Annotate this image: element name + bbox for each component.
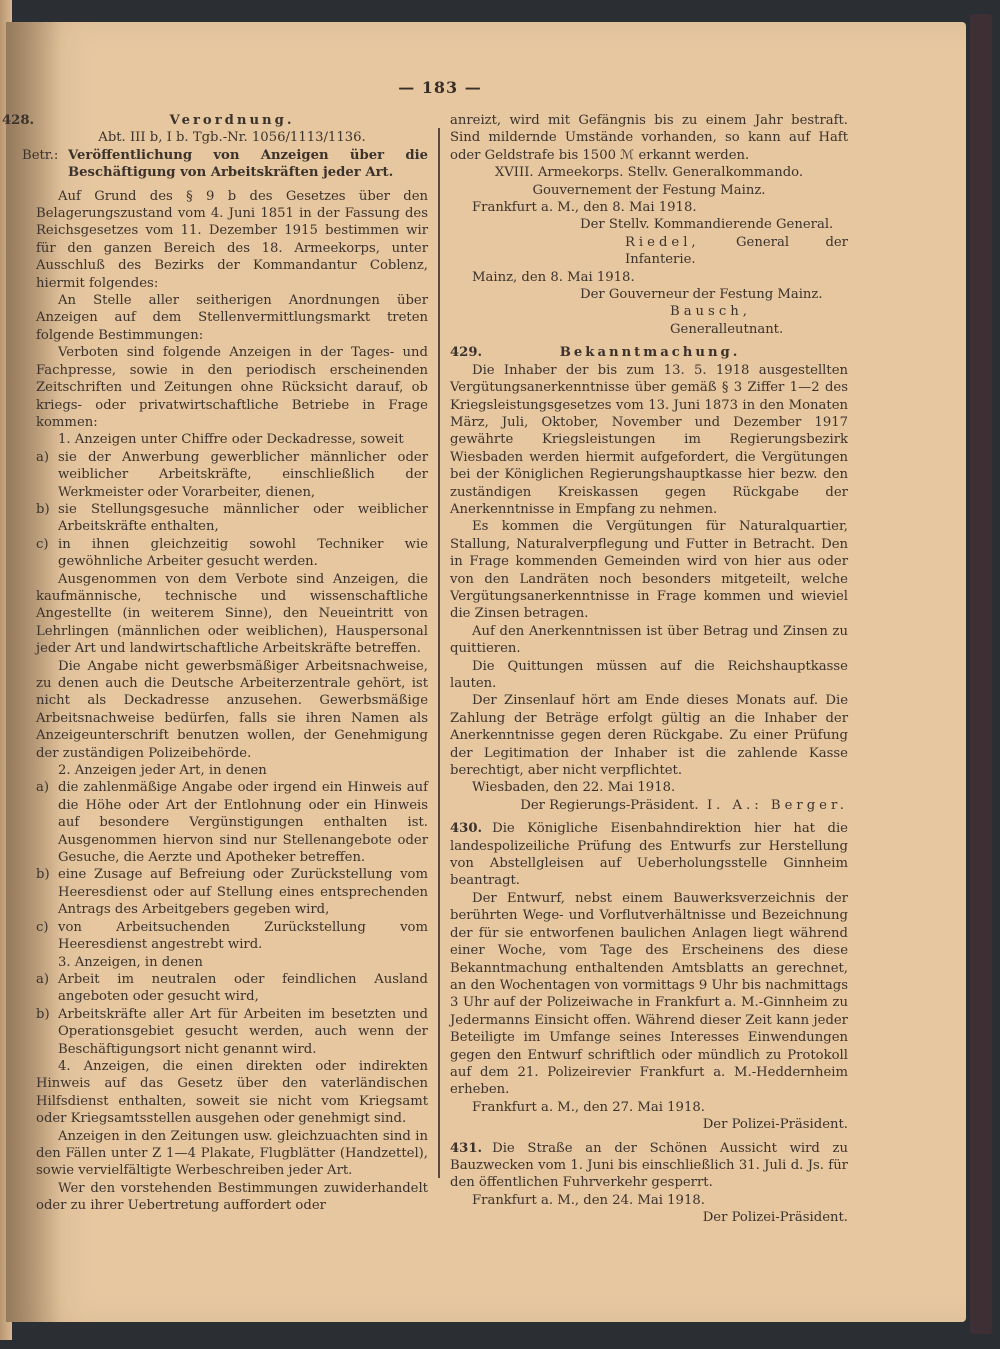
- list-item: 1. Anzeigen unter Chiffre oder Deckadres…: [36, 431, 428, 448]
- signer-line: Der Regierungs-Präsident. I. A.: Berger.: [450, 797, 848, 814]
- subitem-label: b): [36, 501, 50, 518]
- place-date: Mainz, den 8. Mai 1918.: [450, 269, 848, 286]
- subitem-text: eine Zusage auf Befreiung oder Zurückste…: [58, 866, 428, 918]
- page-number: — 183 —: [0, 78, 880, 97]
- list-item: 2. Anzeigen jeder Art, in denen: [36, 762, 428, 779]
- signer-name: Bausch,: [670, 304, 751, 319]
- subject-text: Veröffentlichung von Anzeigen über die B…: [58, 147, 428, 182]
- paragraph: Die Quittungen müssen auf die Reichshaup…: [450, 658, 848, 693]
- place-date: Wiesbaden, den 22. Mai 1918.: [450, 779, 848, 796]
- subitem-text: sie der Anwerbung gewerblicher männliche…: [58, 449, 428, 501]
- section-428-header: 428. Verordnung.: [36, 112, 428, 129]
- section-number: 431.: [450, 1141, 482, 1156]
- list-item: 4. Anzeigen, die einen direkten oder ind…: [36, 1058, 428, 1128]
- list-subitem: a)Arbeit im neutralen oder feindlichen A…: [36, 971, 428, 1006]
- signer-name: Riedel,: [625, 235, 700, 250]
- paragraph: An Stelle aller seitherigen Anordnungen …: [36, 292, 428, 344]
- paragraph: anreizt, wird mit Gefängnis bis zu einem…: [450, 112, 848, 164]
- section-431: 431.Die Straße an der Schönen Aussicht w…: [450, 1140, 848, 1192]
- subitem-text: Arbeit im neutralen oder feindlichen Aus…: [58, 971, 428, 1006]
- subitem-text: von Arbeitsuchenden Zurückstellung vom H…: [58, 919, 428, 954]
- signer-title: Der Gouverneur der Festung Mainz.: [450, 286, 848, 303]
- list-subitem: c)in ihnen gleichzeitig sowohl Techniker…: [36, 536, 428, 571]
- section-number: 429.: [450, 344, 482, 361]
- list-subitem: b)sie Stellungsgesuche männlicher oder w…: [36, 501, 428, 536]
- signer-title: Der Polizei-Präsident.: [450, 1116, 848, 1133]
- paragraph: Der Entwurf, nebst einem Bauwerksverzeic…: [450, 890, 848, 1099]
- place-date: Frankfurt a. M., den 8. Mai 1918.: [450, 199, 848, 216]
- reference-line: Abt. III b, I b. Tgb.-Nr. 1056/1113/1136…: [36, 129, 428, 146]
- list-subitem: a)sie der Anwerbung gewerblicher männlic…: [36, 449, 428, 501]
- section-number: 430.: [450, 821, 482, 836]
- subitem-text: sie Stellungsgesuche männlicher oder wei…: [58, 501, 428, 536]
- signer-line: Riedel, General der Infanterie.: [450, 234, 848, 269]
- paragraph: Die Königliche Eisenbahndirektion hier h…: [450, 821, 848, 888]
- list-subitem: a)die zahlenmäßige Angabe oder irgend ei…: [36, 779, 428, 866]
- paragraph: Der Zinsenlauf hört am Ende dieses Monat…: [450, 692, 848, 779]
- place-date: Frankfurt a. M., den 24. Mai 1918.: [450, 1192, 848, 1209]
- authority-line: XVIII. Armeekorps. Stellv. Generalkomman…: [450, 164, 848, 181]
- signer-title: Der Regierungs-Präsident.: [520, 798, 698, 813]
- list-item: 3. Anzeigen, in denen: [36, 954, 428, 971]
- signer-name: I. A.: Berger.: [707, 798, 848, 813]
- signer-title: Der Stellv. Kommandierende General.: [450, 216, 848, 233]
- column-divider: [438, 128, 440, 1178]
- place-date: Frankfurt a. M., den 27. Mai 1918.: [450, 1099, 848, 1116]
- paragraph: Anzeigen in den Zeitungen usw. gleichzua…: [36, 1128, 428, 1180]
- subitem-label: c): [36, 919, 49, 936]
- paragraph: Die Inhaber der bis zum 13. 5. 1918 ausg…: [450, 362, 848, 519]
- section-429-header: 429. Bekanntmachung.: [450, 344, 848, 361]
- book-cover-edge: [970, 14, 992, 1334]
- list-subitem: b)eine Zusage auf Befreiung oder Zurücks…: [36, 866, 428, 918]
- paragraph: Wer den vorstehenden Bestimmungen zuwide…: [36, 1180, 428, 1215]
- subject-label: Betr.:: [22, 147, 58, 164]
- paragraph: Verboten sind folgende Anzeigen in der T…: [36, 344, 428, 431]
- paragraph: Auf Grund des § 9 b des Gesetzes über de…: [36, 188, 428, 292]
- subject-block: Betr.: Veröffentlichung von Anzeigen übe…: [36, 147, 428, 182]
- left-column: 428. Verordnung. Abt. III b, I b. Tgb.-N…: [36, 112, 428, 1215]
- subitem-text: in ihnen gleichzeitig sowohl Techniker w…: [58, 536, 428, 571]
- subitem-text: Arbeitskräfte aller Art für Arbeiten im …: [58, 1006, 428, 1058]
- subitem-label: c): [36, 536, 49, 553]
- paragraph: Die Angabe nicht gewerbsmäßiger Arbeitsn…: [36, 658, 428, 762]
- section-430: 430.Die Königliche Eisenbahndirektion hi…: [450, 820, 848, 890]
- paragraph: Die Straße an der Schönen Aussicht wird …: [450, 1141, 848, 1191]
- subitem-label: b): [36, 1006, 50, 1023]
- subitem-label: a): [36, 779, 49, 796]
- section-heading: Verordnung.: [36, 112, 428, 129]
- section-heading: Bekanntmachung.: [492, 344, 848, 361]
- subitem-label: a): [36, 449, 49, 466]
- subitem-text: die zahlenmäßige Angabe oder irgend ein …: [58, 779, 428, 866]
- paragraph: Ausgenommen von dem Verbote sind Anzeige…: [36, 571, 428, 658]
- signer-rank: Generalleutnant.: [670, 322, 783, 337]
- right-column: anreizt, wird mit Gefängnis bis zu einem…: [450, 112, 848, 1227]
- paragraph: Auf den Anerkenntnissen ist über Betrag …: [450, 623, 848, 658]
- list-subitem: c)von Arbeitsuchenden Zurückstellung vom…: [36, 919, 428, 954]
- authority-line: Gouvernement der Festung Mainz.: [450, 182, 848, 199]
- subitem-label: b): [36, 866, 50, 883]
- subitem-label: a): [36, 971, 49, 988]
- list-subitem: b)Arbeitskräfte aller Art für Arbeiten i…: [36, 1006, 428, 1058]
- signer-title: Der Polizei-Präsident.: [450, 1209, 848, 1226]
- paragraph: Es kommen die Vergütungen für Naturalqua…: [450, 518, 848, 622]
- signer-line: Bausch, Generalleutnant.: [450, 303, 848, 338]
- section-number: 428.: [2, 112, 34, 129]
